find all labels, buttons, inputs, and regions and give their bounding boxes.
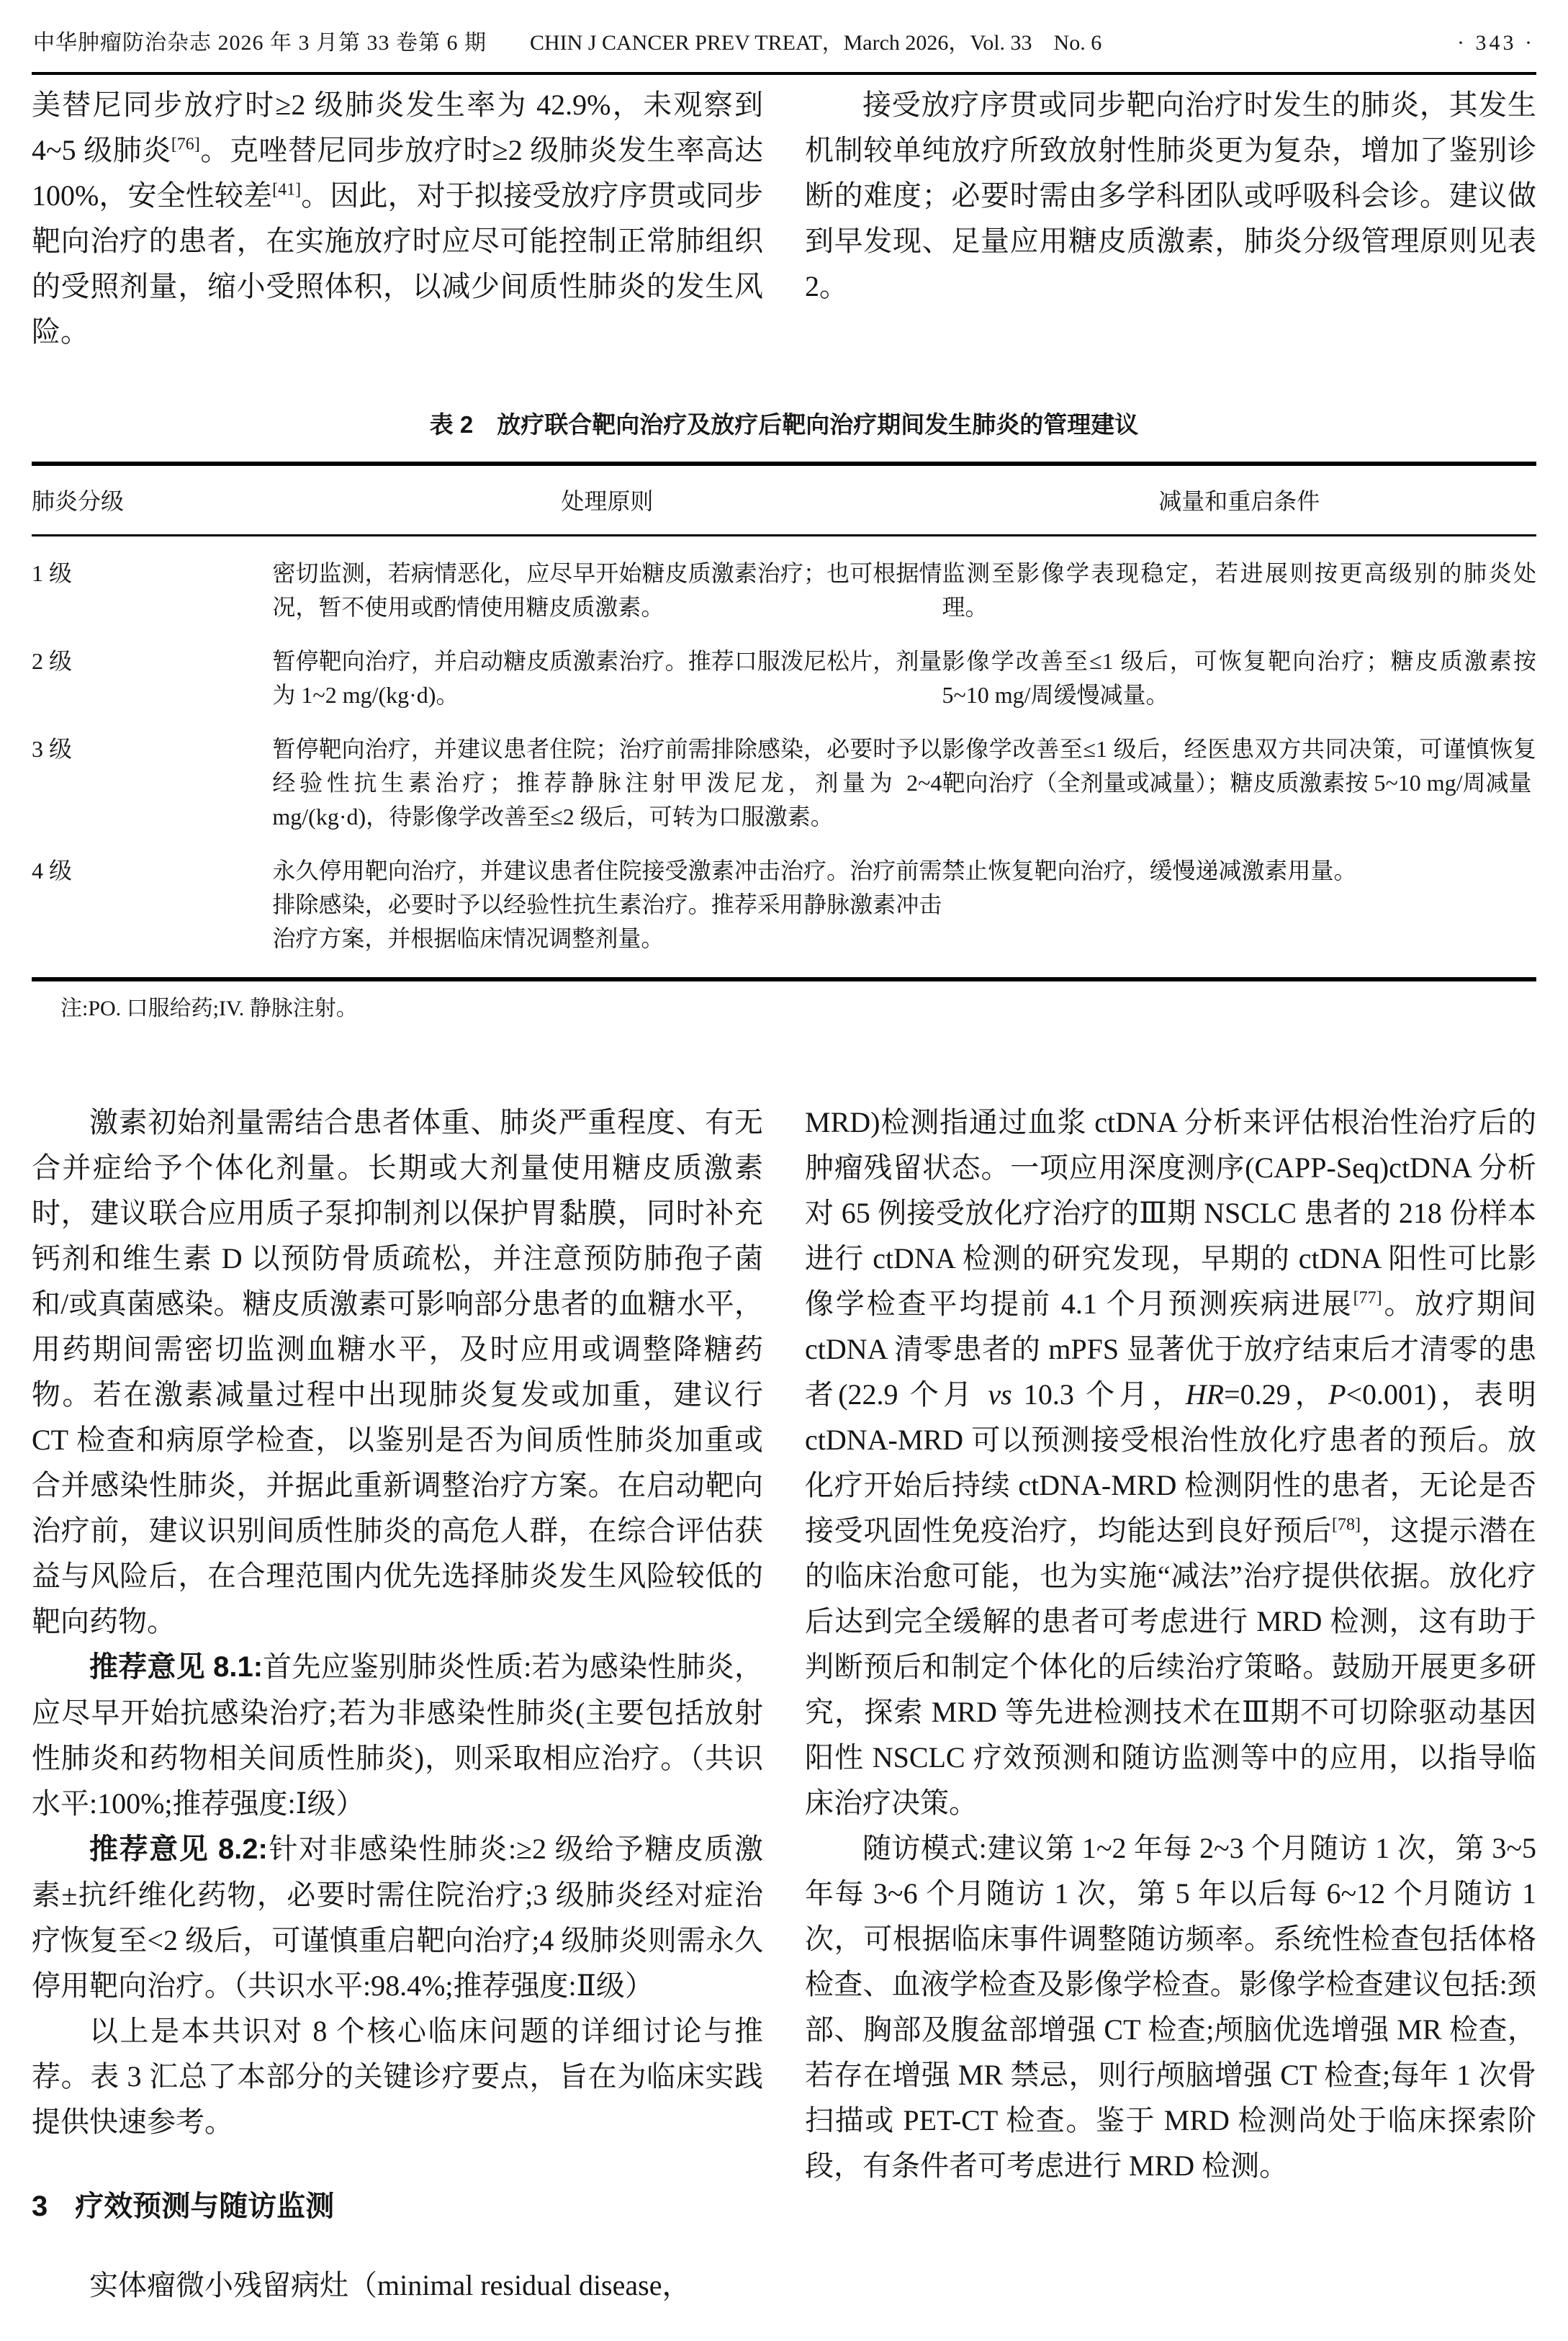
italic-term: vs — [988, 1378, 1011, 1411]
cell-grade: 1 级 — [32, 536, 272, 628]
section-title: 疗效预测与随访监测 — [75, 2191, 334, 2222]
running-head: 中华肿瘤防治杂志 2026 年 3 月第 33 卷第 6 期 CHIN J CA… — [32, 0, 1536, 75]
main-right-column: MRD)检测指通过血浆 ctDNA 分析来评估根治性治疗后的肿瘤残留状态。一项应… — [805, 1100, 1536, 2308]
intro-right-column: 接受放疗序贯或同步靶向治疗时发生的肺炎，其发生机制较单纯放疗所致放射性肺炎更为复… — [805, 82, 1536, 354]
paragraph-followup-mode: 随访模式:建议第 1~2 年每 2~3 个月随访 1 次，第 3~5 年每 3~… — [805, 1825, 1536, 2188]
table-2-block: 表 2 放疗联合靶向治疗及放疗后靶向治疗期间发生肺炎的管理建议 肺炎分级 处理原… — [32, 406, 1536, 1025]
recommendation-8-2: 推荐意见 8.2:针对非感染性肺炎:≥2 级给予糖皮质激素±抗纤维化药物，必要时… — [32, 1826, 763, 2008]
cell-principle: 永久停用靶向治疗，并建议患者住院接受激素冲击治疗。治疗前需排除感染，必要时予以经… — [272, 837, 942, 979]
cell-grade: 2 级 — [32, 627, 272, 715]
pneumonia-management-table: 肺炎分级 处理原则 减量和重启条件 1 级 密切监测，若病情恶化，应尽早开始糖皮… — [32, 462, 1536, 981]
recommendation-label: 推荐意见 8.2: — [89, 1833, 268, 1865]
paragraph-mrd-continued: MRD)检测指通过血浆 ctDNA 分析来评估根治性治疗后的肿瘤残留状态。一项应… — [805, 1100, 1536, 1825]
citation-ref: [77] — [1353, 1289, 1382, 1308]
table-row: 2 级 暂停靶向治疗，并启动糖皮质激素治疗。推荐口服泼尼松片，剂量为 1~2 m… — [32, 627, 1536, 715]
table-note: 注:PO. 口服给药;IV. 静脉注射。 — [32, 993, 1536, 1025]
main-left-column: 激素初始剂量需结合患者体重、肺炎严重程度、有无合并症给予个体化剂量。长期或大剂量… — [32, 1100, 763, 2308]
cell-restart: 影像学改善至≤1 级后，经医患双方共同决策，可谨慎恢复靶向治疗（全剂量或减量）；… — [942, 715, 1536, 837]
paragraph-mrd-intro: 实体瘤微小残留病灶（minimal residual disease， — [32, 2263, 763, 2308]
cell-principle: 密切监测，若病情恶化，应尽早开始糖皮质激素治疗；也可根据情况，暂不使用或酌情使用… — [272, 536, 942, 628]
paragraph-steroid-dosing: 激素初始剂量需结合患者体重、肺炎严重程度、有无合并症给予个体化剂量。长期或大剂量… — [32, 1100, 763, 1644]
text-run: 10.3 个月， — [1012, 1378, 1186, 1411]
cell-principle: 暂停靶向治疗，并启动糖皮质激素治疗。推荐口服泼尼松片，剂量为 1~2 mg/(k… — [272, 627, 942, 715]
cell-restart: 影像学改善至≤1 级后，可恢复靶向治疗；糖皮质激素按 5~10 mg/周缓慢减量… — [942, 627, 1536, 715]
paragraph-summary: 以上是本共识对 8 个核心临床问题的详细讨论与推荐。表 3 汇总了本部分的关键诊… — [32, 2008, 763, 2144]
table-2-title: 表 2 放疗联合靶向治疗及放疗后靶向治疗期间发生肺炎的管理建议 — [32, 406, 1536, 440]
cell-grade: 4 级 — [32, 837, 272, 979]
table-header-row: 肺炎分级 处理原则 减量和重启条件 — [32, 464, 1536, 536]
intro-right-paragraph: 接受放疗序贯或同步靶向治疗时发生的肺炎，其发生机制较单纯放疗所致放射性肺炎更为复… — [805, 82, 1536, 309]
italic-term: HR — [1186, 1378, 1224, 1411]
cell-principle: 暂停靶向治疗，并建议患者住院；治疗前需排除感染，必要时予以经验性抗生素治疗；推荐… — [272, 715, 942, 837]
citation-ref: [78] — [1332, 1516, 1361, 1535]
text-run: ，这提示潜在的临床治愈可能，也为实施“减法”治疗提供依据。放化疗后达到完全缓解的… — [805, 1514, 1536, 1819]
journal-title-en: CHIN J CANCER PREV TREAT，March 2026，Vol.… — [530, 24, 1101, 56]
column-header-restart: 减量和重启条件 — [942, 464, 1536, 536]
recommendation-8-1: 推荐意见 8.1:首先应鉴别肺炎性质:若为感染性肺炎，应尽早开始抗感染治疗;若为… — [32, 1644, 763, 1826]
text-run: =0.29， — [1224, 1378, 1328, 1411]
cell-grade: 3 级 — [32, 715, 272, 837]
section-number: 3 — [32, 2191, 48, 2222]
column-header-principle: 处理原则 — [272, 464, 942, 536]
intro-section: 美替尼同步放疗时≥2 级肺炎发生率为 42.9%，未观察到 4~5 级肺炎[76… — [32, 82, 1536, 354]
table-row: 1 级 密切监测，若病情恶化，应尽早开始糖皮质激素治疗；也可根据情况，暂不使用或… — [32, 536, 1536, 628]
table-row: 4 级 永久停用靶向治疗，并建议患者住院接受激素冲击治疗。治疗前需排除感染，必要… — [32, 837, 1536, 979]
main-body-section: 激素初始剂量需结合患者体重、肺炎严重程度、有无合并症给予个体化剂量。长期或大剂量… — [32, 1100, 1536, 2308]
recommendation-label: 推荐意见 8.1: — [89, 1651, 263, 1683]
cell-restart: 监测至影像学表现稳定，若进展则按更高级别的肺炎处理。 — [942, 536, 1536, 628]
page-number: · 343 · — [1457, 31, 1535, 55]
italic-term: P — [1328, 1378, 1346, 1411]
table-row: 3 级 暂停靶向治疗，并建议患者住院；治疗前需排除感染，必要时予以经验性抗生素治… — [32, 715, 1536, 837]
table-body: 1 级 密切监测，若病情恶化，应尽早开始糖皮质激素治疗；也可根据情况，暂不使用或… — [32, 536, 1536, 980]
cell-restart: 禁止恢复靶向治疗，缓慢递减激素用量。 — [942, 837, 1536, 979]
citation-ref: [41] — [272, 181, 301, 199]
citation-ref: [76] — [171, 135, 200, 154]
journal-page: 中华肿瘤防治杂志 2026 年 3 月第 33 卷第 6 期 CHIN J CA… — [0, 0, 1568, 2341]
intro-left-paragraph: 美替尼同步放疗时≥2 级肺炎发生率为 42.9%，未观察到 4~5 级肺炎[76… — [32, 82, 763, 354]
intro-left-column: 美替尼同步放疗时≥2 级肺炎发生率为 42.9%，未观察到 4~5 级肺炎[76… — [32, 82, 763, 354]
column-header-grade: 肺炎分级 — [32, 464, 272, 536]
journal-title-cn: 中华肿瘤防治杂志 2026 年 3 月第 33 卷第 6 期 — [33, 24, 487, 56]
section-heading-3: 3疗效预测与随访监测 — [32, 2189, 763, 2224]
